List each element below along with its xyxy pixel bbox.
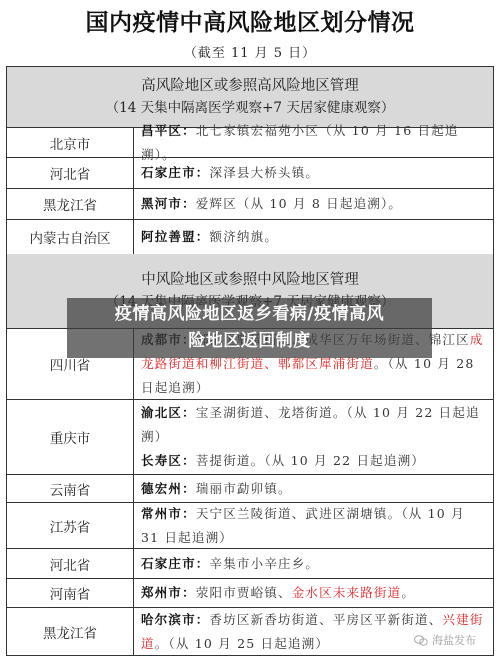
caption-line-2: 险地区返回制度 — [67, 328, 432, 355]
area-text: 爱辉区（从 10 月 8 日起追溯）。 — [196, 196, 402, 211]
area-entry: 渝北区：宝圣湖街道、龙塔街道。（从 10 月 22 日起追溯） — [141, 401, 487, 449]
city-label: 昌平区： — [141, 123, 196, 138]
table-row: 河南省郑州市：荥阳市贾峪镇、金水区未来路街道。 — [7, 579, 493, 608]
area-detail-cell: 石家庄市：深泽县大桥头镇。 — [134, 158, 493, 188]
city-label: 渝北区： — [141, 405, 196, 420]
city-label: 长寿区： — [141, 453, 196, 468]
area-text: 。（从 10 月 25 日起追溯） — [155, 636, 329, 651]
area-text: 瑞丽市勐卯镇。 — [196, 481, 292, 496]
area-detail-cell: 德宏州：瑞丽市勐卯镇。 — [134, 475, 493, 502]
high-risk-title: 高风险地区或参照高风险地区管理 — [7, 75, 493, 97]
area-entry: 常州市：天宁区兰陵街道、武进区湖塘镇。（从 10 月 31 日起追溯） — [141, 502, 487, 550]
province-cell: 河南省 — [7, 579, 134, 607]
area-entry: 长寿区：菩提街道。（从 10 月 22 日起追溯） — [141, 449, 487, 473]
caption-line-1: 疫情高风险地区返乡看病/疫情高风 — [67, 301, 432, 328]
risk-table: 高风险地区或参照高风险地区管理 （14 天集中隔离医学观察+7 天居家健康观察）… — [6, 66, 494, 656]
province-cell: 内蒙古自治区 — [7, 220, 134, 254]
city-label: 石家庄市： — [141, 165, 210, 180]
province-cell: 重庆市 — [7, 400, 134, 474]
area-entry: 郑州市：荥阳市贾峪镇、金水区未来路街道。 — [141, 581, 487, 605]
city-label: 阿拉善盟： — [141, 229, 210, 244]
city-label: 黑河市： — [141, 196, 196, 211]
area-entry: 阿拉善盟：额济纳旗。 — [141, 225, 487, 249]
area-detail-cell: 石家庄市：辛集市小辛庄乡。 — [134, 549, 493, 578]
province-cell: 河北省 — [7, 158, 134, 188]
area-entry: 黑河市：爱辉区（从 10 月 8 日起追溯）。 — [141, 192, 487, 216]
area-detail-cell: 阿拉善盟：额济纳旗。 — [134, 220, 493, 254]
area-text: 。 — [401, 585, 415, 600]
table-row: 云南省德宏州：瑞丽市勐卯镇。 — [7, 475, 493, 503]
mid-risk-rows: 四川省成都市：郫都区郫筒街道、成华区万年场街道、锦江区成龙路街道和柳江街道、郫都… — [7, 329, 493, 655]
caption-text: 疫情高风险地区返乡看病/疫情高风 险地区返回制度 — [67, 301, 432, 355]
area-detail-cell: 郑州市：荥阳市贾峪镇、金水区未来路街道。 — [134, 579, 493, 607]
highlighted-area-text: 金水区未来路街道 — [292, 585, 402, 600]
area-text: 深泽县大桥头镇。 — [210, 165, 320, 180]
area-detail-cell: 黑河市：爱辉区（从 10 月 8 日起追溯）。 — [134, 189, 493, 219]
table-row: 内蒙古自治区阿拉善盟：额济纳旗。 — [7, 220, 493, 254]
city-label: 哈尔滨市： — [141, 612, 210, 627]
city-label: 郑州市： — [141, 585, 196, 600]
province-cell: 云南省 — [7, 475, 134, 502]
province-cell: 江苏省 — [7, 503, 134, 548]
watermark: 海盐发布 — [414, 632, 476, 648]
high-risk-note: （14 天集中隔离医学观察+7 天居家健康观察） — [7, 97, 493, 119]
table-row: 河北省石家庄市：深泽县大桥头镇。 — [7, 158, 493, 189]
table-row: 重庆市渝北区：宝圣湖街道、龙塔街道。（从 10 月 22 日起追溯）长寿区：菩提… — [7, 400, 493, 475]
area-text: 荥阳市贾峪镇、 — [196, 585, 292, 600]
province-cell: 黑龙江省 — [7, 608, 134, 655]
watermark-text: 海盐发布 — [432, 632, 476, 648]
area-entry: 石家庄市：深泽县大桥头镇。 — [141, 161, 487, 185]
city-label: 石家庄市： — [141, 556, 210, 571]
mid-risk-title: 中风险地区或参照中风险地区管理 — [7, 269, 493, 291]
area-text: 额济纳旗。 — [210, 229, 279, 244]
area-detail-cell: 常州市：天宁区兰陵街道、武进区湖塘镇。（从 10 月 31 日起追溯） — [134, 503, 493, 548]
table-row: 河北省石家庄市：辛集市小辛庄乡。 — [7, 549, 493, 579]
table-row: 黑龙江省黑河市：爱辉区（从 10 月 8 日起追溯）。 — [7, 189, 493, 220]
city-label: 德宏州： — [141, 481, 196, 496]
province-cell: 黑龙江省 — [7, 189, 134, 219]
area-text: 香坊区新香坊街道、平房区平新街道、 — [210, 612, 443, 627]
page-subtitle: （截至 11 月 5 日） — [0, 42, 500, 61]
city-label: 常州市： — [141, 506, 196, 521]
page-title: 国内疫情中高风险地区划分情况 — [0, 4, 500, 37]
province-cell: 河北省 — [7, 549, 134, 578]
area-entry: 石家庄市：辛集市小辛庄乡。 — [141, 552, 487, 576]
table-row: 江苏省常州市：天宁区兰陵街道、武进区湖塘镇。（从 10 月 31 日起追溯） — [7, 503, 493, 549]
area-entry: 德宏州：瑞丽市勐卯镇。 — [141, 477, 487, 501]
wechat-icon — [414, 635, 428, 646]
area-detail-cell: 昌平区：北七家镇宏福苑小区（从 10 月 16 日起追溯）。 — [134, 128, 493, 157]
table-row: 北京市昌平区：北七家镇宏福苑小区（从 10 月 16 日起追溯）。 — [7, 128, 493, 158]
area-text: 辛集市小辛庄乡。 — [210, 556, 320, 571]
area-detail-cell: 渝北区：宝圣湖街道、龙塔街道。（从 10 月 22 日起追溯）长寿区：菩提街道。… — [134, 400, 493, 474]
high-risk-rows: 北京市昌平区：北七家镇宏福苑小区（从 10 月 16 日起追溯）。河北省石家庄市… — [7, 128, 493, 254]
province-cell: 北京市 — [7, 128, 134, 157]
area-text: 菩提街道。（从 10 月 22 日起追溯） — [196, 453, 425, 468]
